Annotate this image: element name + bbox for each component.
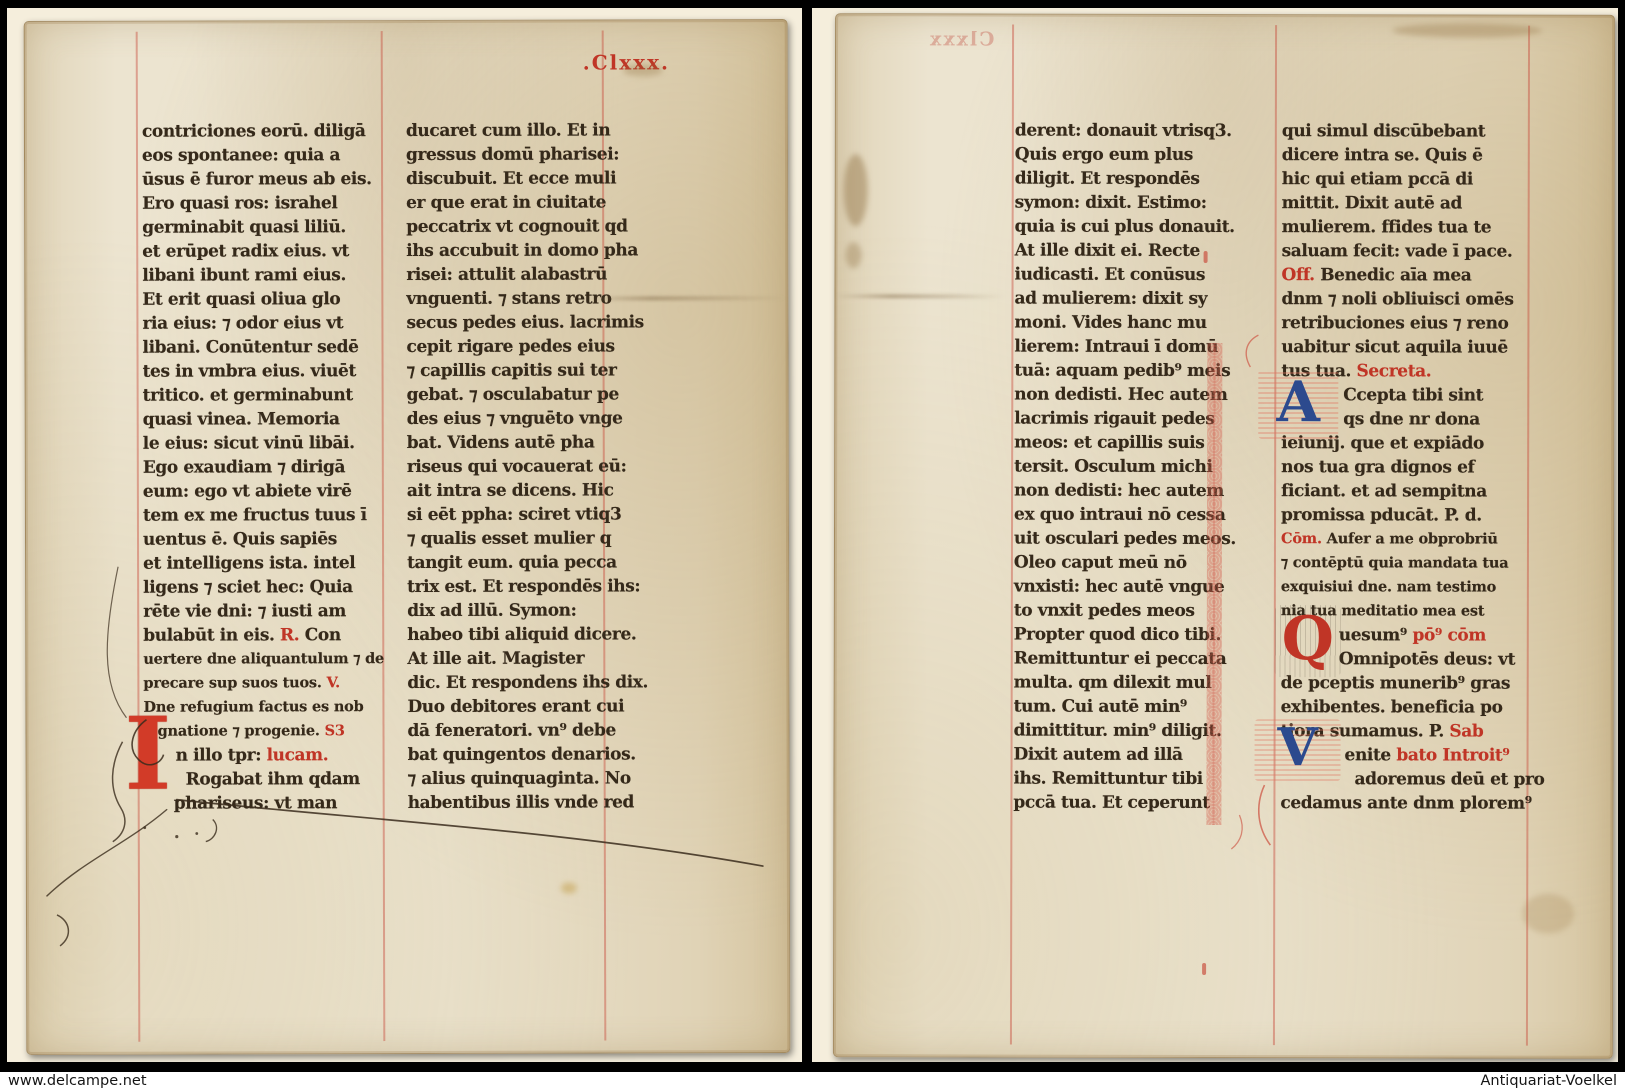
stain	[1522, 894, 1574, 934]
text-line: dic. Et respondens ihs dix.	[407, 670, 641, 695]
text-line: uentus ē. Quis sapiēs	[143, 527, 383, 552]
stain	[623, 64, 663, 76]
text-column-recto-1: contriciones eorū. diligāeos spontanee: …	[142, 119, 384, 816]
text-column-recto-2: ducaret cum illo. Et ingressus domū phar…	[406, 118, 642, 815]
text-line: er que erat in ciuitate	[406, 190, 640, 215]
text-line: nos tua gra dignos ef	[1281, 455, 1525, 480]
text-line: gebat. ⁊ osculabatur pe	[407, 382, 641, 407]
text-line: dix ad illū. Symon:	[407, 598, 641, 623]
text-line: peccatrix vt cognouit qd	[406, 214, 640, 239]
watermark-bar: www.delcampe.net Antiquariat-Voelkel	[0, 1072, 1625, 1091]
text-line: derent: donauit vtrisq3.	[1015, 119, 1259, 144]
text-line: diligit. Et respondēs	[1015, 167, 1259, 192]
text-line: Cōm. Aufer a me obprobriū	[1281, 527, 1525, 552]
text-line: At ille ait. Magister	[407, 646, 641, 671]
text-line: exquisiui dne. nam testimo	[1281, 575, 1525, 600]
decorated-initial-q: Q	[1275, 605, 1341, 677]
text-line: ria eius: ⁊ odor eius vt	[142, 311, 382, 336]
text-line: ficiant. et ad sempitna	[1281, 479, 1525, 504]
text-line: tangit eum. quia pecca	[407, 550, 641, 575]
text-line: Off. Benedic aīa mea	[1282, 263, 1526, 288]
text-line: ducaret cum illo. Et in	[406, 118, 640, 143]
text-line: Quis ergo eum plus	[1015, 143, 1259, 168]
text-line: tem ex me fructus tuus ī	[143, 503, 383, 528]
photo-mat-right: Clxxx derent: donauit vtrisq3.Quis ergo …	[812, 8, 1618, 1062]
text-line: libani ibunt rami eius.	[142, 263, 382, 288]
text-line: rēte vie dni: ⁊ iusti am	[143, 599, 383, 624]
text-line: cedamus ante dnm plorem⁹	[1280, 791, 1524, 816]
text-line: habeo tibi aliquid dicere.	[407, 622, 641, 647]
text-line: tes in vmbra eius. viuēt	[143, 359, 383, 384]
red-penwork-border	[1206, 343, 1222, 825]
text-line: hic qui etiam pccā di	[1282, 167, 1526, 192]
text-line: eos spontanee: quia a	[142, 143, 382, 168]
stain	[846, 242, 862, 268]
ruling-line	[1526, 26, 1530, 1046]
text-line: contriciones eorū. diligā	[142, 119, 382, 144]
text-line: dnm ⁊ noli obliuisci omēs	[1281, 287, 1525, 312]
manuscript-leaf-recto: .Clxxx. contriciones eorū. diligāeos spo…	[24, 19, 791, 1055]
text-line: phariseus: vt man	[144, 791, 384, 816]
text-line: a gnatione ⁊ progenie. S3	[143, 719, 383, 744]
text-line: ⁊ alius quinquaginta. No	[408, 766, 642, 791]
text-line: promissa pducāt. P. d.	[1281, 503, 1525, 528]
text-line: germinabit quasi liliū.	[142, 215, 382, 240]
text-line: risei: attulit alabastrū	[406, 262, 640, 287]
text-line: bat. Videns autē pha	[407, 430, 641, 455]
ruling-line	[1273, 25, 1277, 1045]
text-line: et intelligens ista. intel	[143, 551, 383, 576]
text-line: eum: ego vt abiete virē	[143, 479, 383, 504]
stain	[844, 154, 868, 226]
text-line: mulierem. ffides tua te	[1282, 215, 1526, 240]
text-line: Dne refugium factus es nob	[143, 695, 383, 720]
text-line: tritico. et germinabunt	[143, 383, 383, 408]
text-line: exhibentes. beneficia po	[1281, 695, 1525, 720]
composite-manuscript-photo: .Clxxx. contriciones eorū. diligāeos spo…	[0, 0, 1625, 1091]
text-line: riseus qui vocauerat eū:	[407, 454, 641, 479]
ghost-folio-number: Clxxx	[928, 28, 994, 50]
text-line: ihs accubuit in domo pha	[406, 238, 640, 263]
text-line: dicere intra se. Quis ē	[1282, 143, 1526, 168]
text-line: trix est. Et respondēs ihs:	[407, 574, 641, 599]
text-line: uertere dne aliquantulum ⁊ de	[143, 647, 383, 672]
stain	[561, 883, 577, 894]
text-line: Et erit quasi oliua glo	[142, 287, 382, 312]
photo-mat-left: .Clxxx. contriciones eorū. diligāeos spo…	[7, 8, 802, 1062]
text-line: secus pedes eius. lacrimis	[406, 310, 640, 335]
text-line: si eēt ppha: sciret vtiq3	[407, 502, 641, 527]
text-line: Ego exaudiam ⁊ dirigā	[143, 455, 383, 480]
text-line: habentibus illis vnde red	[408, 790, 642, 815]
watermark-delcampe: www.delcampe.net	[8, 1072, 147, 1091]
text-line: iudicasti. Et conūsus	[1015, 263, 1259, 288]
text-column-verso-2: qui simul discūbebantdicere intra se. Qu…	[1280, 119, 1525, 816]
text-line: bat quingentos denarios.	[408, 742, 642, 767]
text-line: ūsus ē furor meus ab eis.	[142, 167, 382, 192]
decorated-initial-v: V	[1254, 719, 1340, 781]
text-line: retribuciones eius ⁊ reno	[1281, 311, 1525, 336]
text-line: ⁊ contēptū quia mandata tua	[1281, 551, 1525, 576]
text-line: le eius: sicut vinū libāi.	[143, 431, 383, 456]
text-line: moni. Vides hanc mu	[1014, 311, 1258, 336]
text-line: quasi vinea. Memoria	[143, 407, 383, 432]
text-line: n illo tpr: lucam.	[144, 743, 384, 768]
text-line: et erūpet radix eius. vt	[142, 239, 382, 264]
text-line: precare sup suos tuos. V.	[143, 671, 383, 696]
parchment-crease	[835, 294, 1005, 298]
ruling-line	[136, 32, 140, 1042]
text-line: Duo debitores erant cui	[407, 694, 641, 719]
text-line: gressus domū pharisei:	[406, 142, 640, 167]
watermark-antiquariat: Antiquariat-Voelkel	[1481, 1072, 1618, 1091]
text-line: Ero quasi ros: israhel	[142, 191, 382, 216]
text-line: symon: dixit. Estimo:	[1015, 191, 1259, 216]
text-line: des eius ⁊ vnguēto vnge	[407, 406, 641, 431]
text-line: mittit. Dixit autē ad	[1282, 191, 1526, 216]
text-line: At ille dixit ei. Recte	[1015, 239, 1259, 264]
decorated-initial-a: A	[1258, 369, 1338, 439]
text-line: cepit rigare pedes eius	[406, 334, 640, 359]
text-line: discubuit. Et ecce muli	[406, 166, 640, 191]
manuscript-leaf-verso: Clxxx derent: donauit vtrisq3.Quis ergo …	[833, 13, 1615, 1059]
text-line: uabitur sicut aquila iuuē	[1281, 335, 1525, 360]
text-line: ligens ⁊ sciet hec: Quia	[143, 575, 383, 600]
text-line: quia is cui plus donauit.	[1015, 215, 1259, 240]
text-line: Rogabat ihm qdam	[144, 767, 384, 792]
text-line: ad mulierem: dixit sy	[1014, 287, 1258, 312]
parchment-crease	[585, 296, 785, 301]
text-line: dā feneratori. vn⁹ debe	[407, 718, 641, 743]
text-line: libani. Conūtentur sedē	[142, 335, 382, 360]
margin-mark	[1202, 963, 1206, 975]
stain	[1392, 23, 1542, 37]
text-line: ait intra se dicens. Hic	[407, 478, 641, 503]
decorated-initial-i: I	[124, 704, 166, 812]
text-line: ⁊ capillis capitis sui ter	[407, 358, 641, 383]
text-line: saluam fecit: vade ī pace.	[1282, 239, 1526, 264]
text-line: bulabūt in eis. R. Con	[143, 623, 383, 648]
margin-mark	[1204, 251, 1208, 263]
text-line: ⁊ qualis esset mulier q	[407, 526, 641, 551]
text-line: qui simul discūbebant	[1282, 119, 1526, 144]
